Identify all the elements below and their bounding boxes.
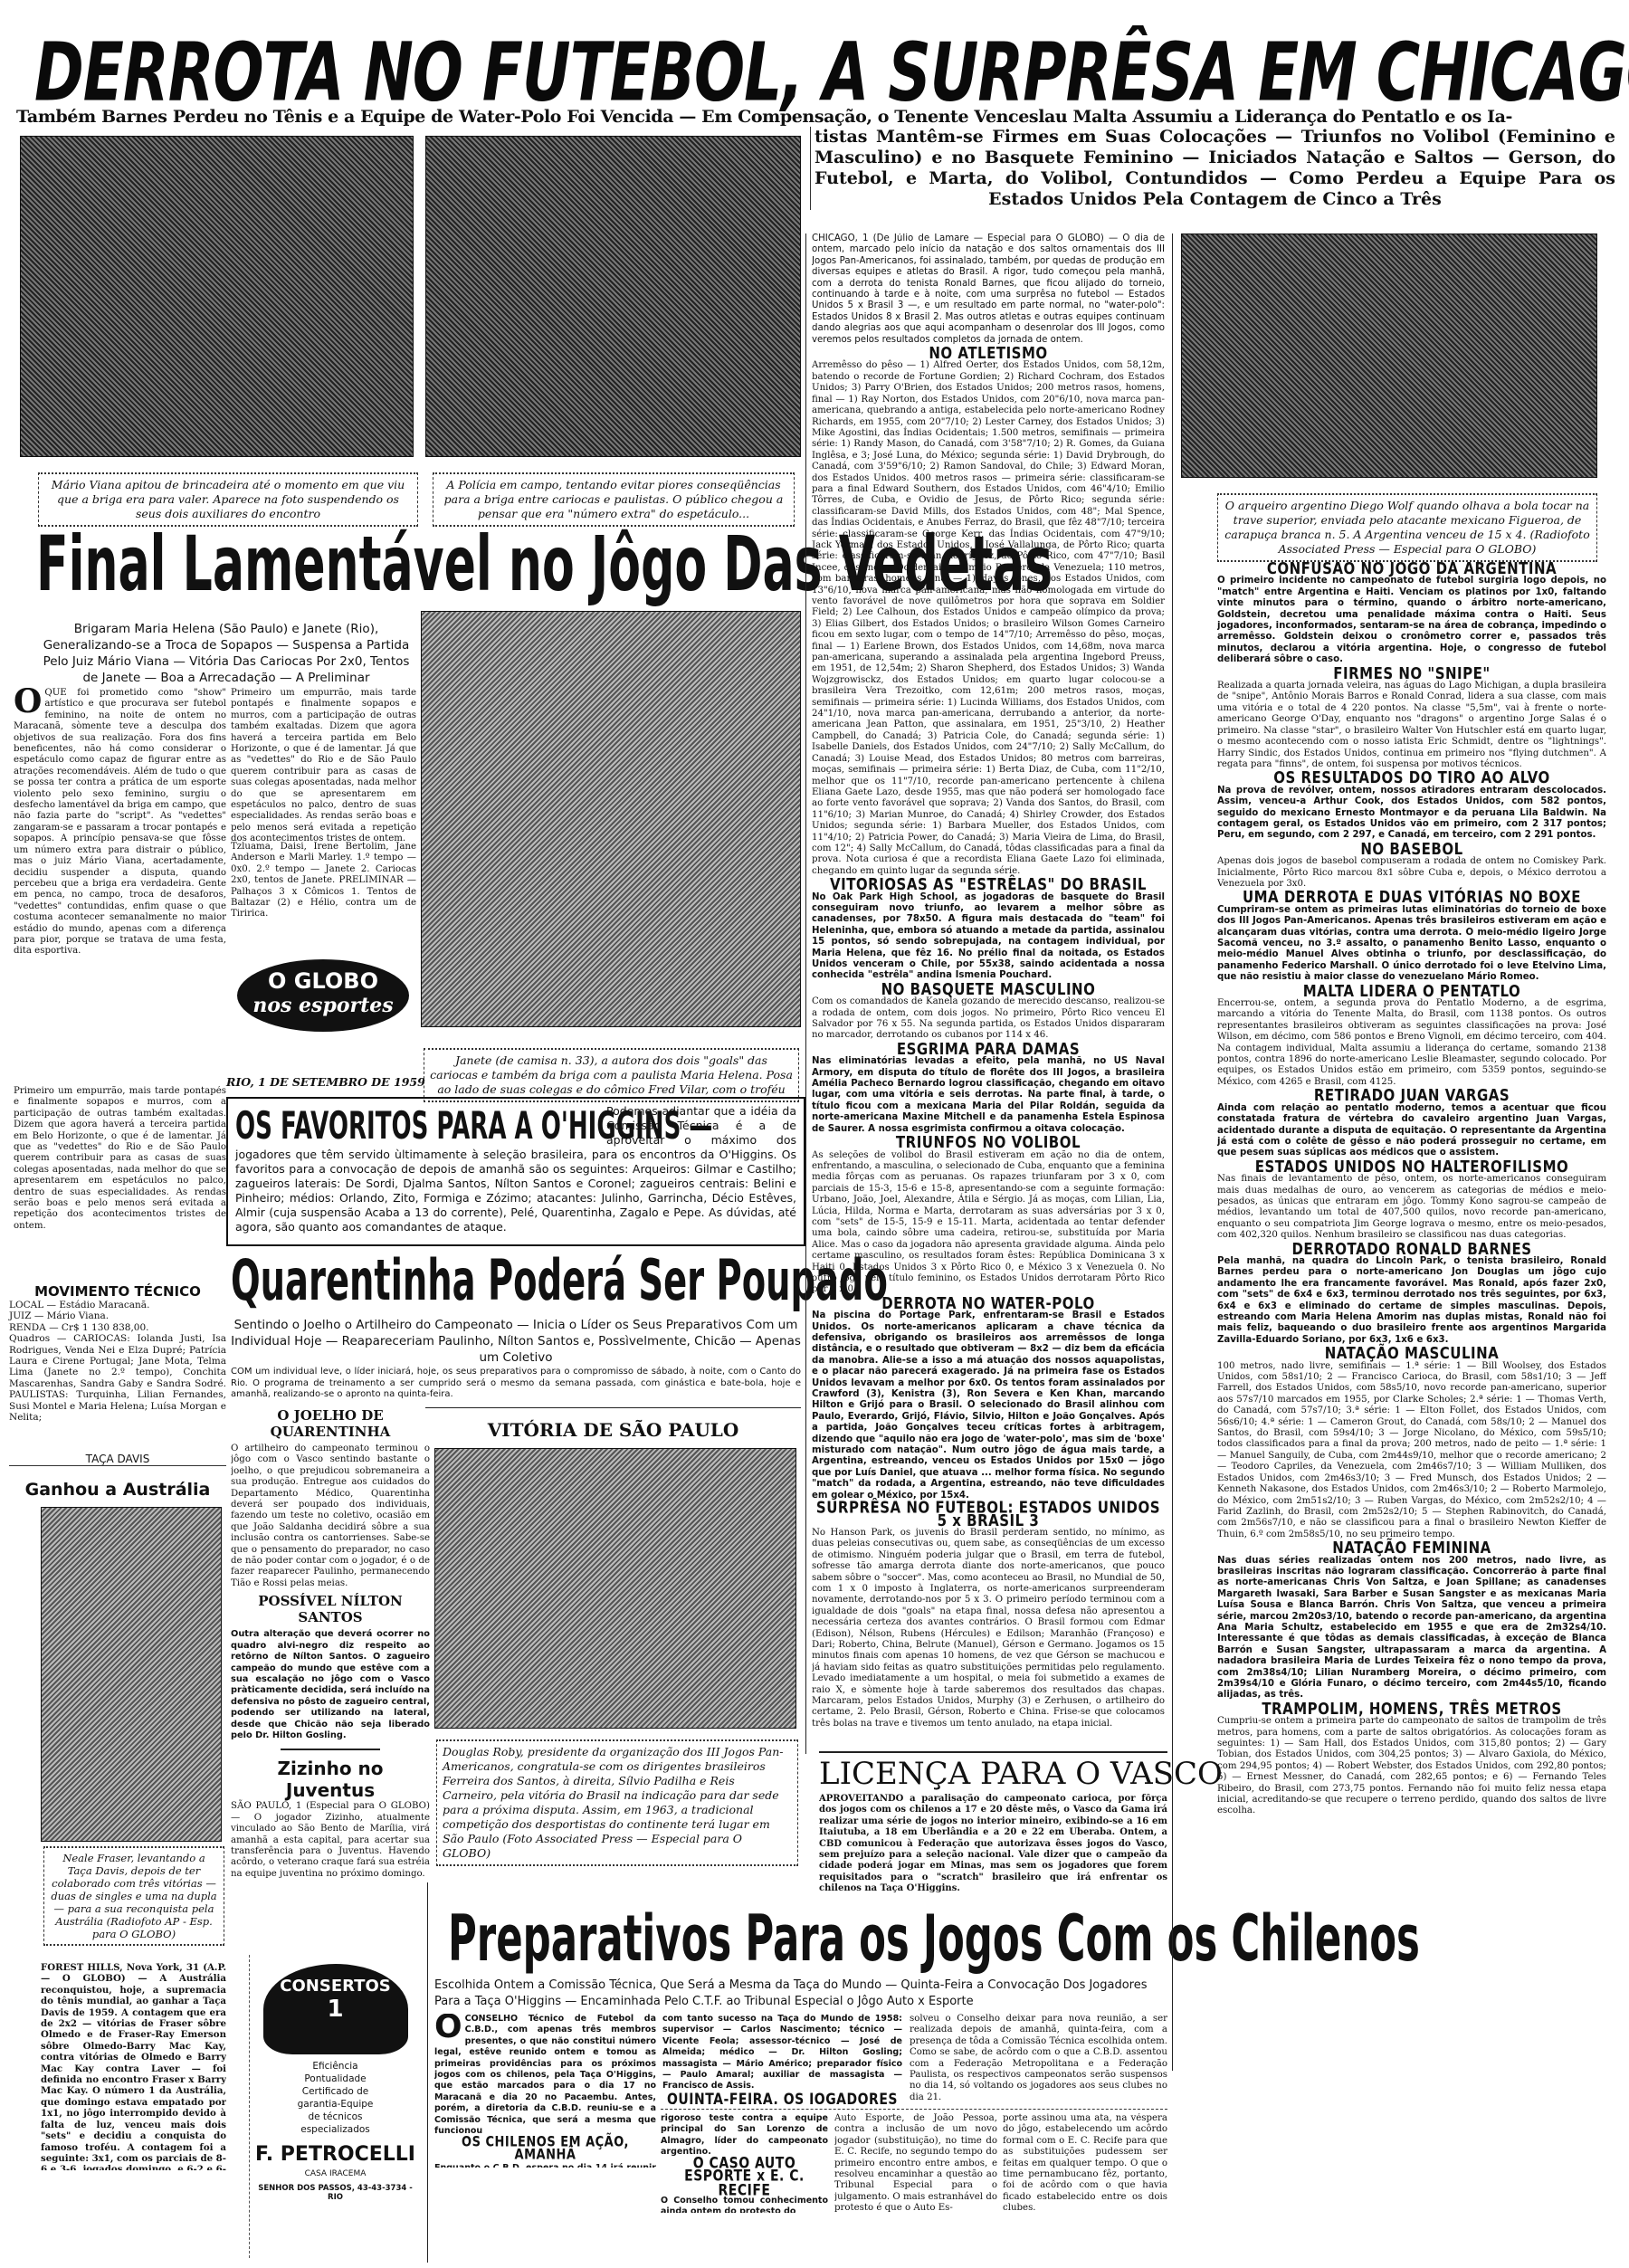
divider [1172, 233, 1173, 2071]
ad-brand: F. PETROCELLI [250, 2143, 421, 2166]
vasco-body: APROVEITANDO a paralisação do campeonato… [819, 1794, 1167, 1893]
dropcap-o: O [14, 688, 42, 715]
photo-police-field [425, 136, 801, 457]
chilenos-col2-text: com tanto sucesso na Taça do Mundo de 19… [662, 2014, 902, 2091]
headline-deck-continued: tistas Mantêm-se Firmes em Suas Colocaçõ… [810, 127, 1615, 210]
chilenos-bottom2: Auto Esporte, de João Pessoa, contra a i… [834, 2113, 997, 2213]
movimento-local: LOCAL — Estádio Maracanã. [9, 1300, 226, 1310]
ad-address: SENHOR DOS PASSOS, 43-43-3734 - RIO [250, 2184, 421, 2202]
section-body: No Hanson Park, os juvenis do Brasil per… [812, 1528, 1165, 1730]
quarentinha-headline: Quarentinha Poderá Ser Poupado [231, 1249, 888, 1312]
vedetas-body-text: QUE foi prometido como "show" artístico … [14, 688, 226, 956]
quarentinha-subhead: Sentindo o Joelho o Artilheiro do Campeo… [231, 1317, 801, 1366]
vedetas-subhead: Brigaram Maria Helena (São Paulo) e Jane… [36, 621, 416, 686]
section-title: SURPRÊSA NO FUTEBOL: ESTADOS UNIDOS 5 x … [812, 1501, 1165, 1529]
section-title: VITORIOSAS AS "ESTRÊLAS" DO BRASIL [812, 878, 1165, 891]
chilenos-bottom1: rigoroso teste contra a equipe principal… [661, 2113, 828, 2213]
section-title: NO BASEBOL [1217, 843, 1606, 856]
logo-text-bottom: nos esportes [237, 994, 409, 1017]
section-quinta-feira: QUINTA-FEIRA, OS JOGADORES [662, 2093, 902, 2104]
section-body: As seleções de volibol do Brasil estiver… [812, 1150, 1165, 1296]
divider [281, 1749, 380, 1750]
vedetas-body-cont2: Primeiro um empurrão, mais tarde pontapé… [14, 1086, 226, 1281]
section-title: ESGRIMA PARA DAMAS [812, 1043, 1165, 1056]
movimento-quadros: Quadros — CARIOCAS: Iolanda Justi, Isa R… [9, 1333, 226, 1423]
caption-mario-viana: Mário Viana apitou de brincadeira até o … [38, 472, 418, 527]
movimento-renda: RENDA — Cr$ 1 130 838,00. [9, 1322, 226, 1333]
section-title: UMA DERROTA E DUAS VITÓRIAS NO BOXE [1217, 891, 1606, 904]
dropcap-o: O [434, 2014, 462, 2041]
section-body: Na piscina do Portage Park, enfrentaram-… [812, 1310, 1165, 1501]
ad-lines: Eficiência Pontualidade Certificado de g… [250, 2060, 421, 2136]
vasco-headline: LICENÇA PARA O VASCO [819, 1756, 1223, 1792]
ad-line: garantia-Equipe [250, 2098, 421, 2111]
section-joelho-title: O JOELHO DE QUARENTINHA [231, 1407, 430, 1440]
ad-line: Eficiência [250, 2060, 421, 2073]
divider [819, 1751, 1167, 1753]
chilenos-bottom3: porte assinou uma ata, na véspera do jôg… [1003, 2113, 1167, 2213]
headline-deck-line1: Também Barnes Perdeu no Tênis e a Equipe… [16, 107, 1618, 127]
section-title: MALTA LIDERA O PENTATLO [1217, 984, 1606, 997]
section-title: NATAÇÃO MASCULINA [1217, 1347, 1606, 1360]
vedetas-body-cont-text: Primeiro um empurrão, mais tarde pontapé… [14, 1086, 226, 1231]
section-body: Nas duas séries realizadas ontem nos 200… [1217, 1556, 1606, 1701]
section-body: Arremêsso do pêso — 1) Alfred Oerter, do… [812, 360, 1165, 877]
chicago-lead: CHICAGO, 1 (De Júlio de Lamare — Especia… [812, 233, 1165, 346]
photo-douglas-roby [434, 1448, 796, 1729]
chilenos-col1-text: CONSELHO Técnico de Futebol da C.B.D., c… [434, 2014, 656, 2136]
chilenos-col3: solveu o Conselho deixar para nova reuni… [910, 2014, 1167, 2104]
photo-janete-team [421, 611, 801, 1027]
chilenos-col2: com tanto sucesso na Taça do Mundo de 19… [662, 2014, 902, 2104]
chilenos-subhead: Escolhida Ontem a Comissão Técnica, Que … [434, 1977, 1176, 2010]
section-chilenos-acao: OS CHILENOS EM AÇÃO, AMANHÃ [434, 2137, 656, 2164]
movimento-tecnico: MOVIMENTO TÉCNICO LOCAL — Estádio Maraca… [9, 1283, 226, 1423]
section-title: DERROTA NO WATER-POLO [812, 1297, 1165, 1310]
ad-petrocelli: CONSERTOS1 Eficiência Pontualidade Certi… [249, 1955, 421, 2258]
favoritos-headline: OS FAVORITOS PARA A O'HIGGINS — [235, 1104, 561, 1148]
davis-headline: Ganhou a Austrália [9, 1480, 226, 1500]
section-body: Nas finais de levantamento de pêso, onte… [1217, 1174, 1606, 1241]
movimento-title: MOVIMENTO TÉCNICO [9, 1283, 226, 1300]
section-title: TRAMPOLIM, HOMENS, TRÊS METROS [1217, 1702, 1606, 1716]
ad-sub: CASA IRACEMA [250, 2169, 421, 2178]
vedetas-body: OQUE foi prometido como "show" artístico… [14, 688, 226, 1086]
section-body: Realizada a quarta jornada veleira, nas … [1217, 681, 1606, 770]
davis-body: FOREST HILLS, Nova York, 31 (A.P. — O GL… [41, 1962, 226, 2170]
clock-badge-icon: CONSERTOS1 [263, 1964, 408, 2054]
section-body: Com os comandados de Kanela gozando de m… [812, 996, 1165, 1042]
section-title: CONFUSÃO NO JÔGO DA ARGENTINA [1217, 562, 1606, 576]
ad-line: Certificado de [250, 2085, 421, 2098]
chicago-column-1: CHICAGO, 1 (De Júlio de Lamare — Especia… [812, 233, 1165, 1749]
ad-line: de técnicos [250, 2111, 421, 2123]
section-body: Cumpriu-se ontem a primeira parte do cam… [1217, 1716, 1606, 1817]
section-title: FIRMES NO "SNIPE" [1217, 666, 1606, 680]
zizinho-headline: Zizinho no Juventus [231, 1758, 430, 1801]
section-joelho-body: O artilheiro do campeonato terminou o jô… [231, 1444, 430, 1589]
section-title: ESTADOS UNIDOS NO HALTEROFILISMO [1217, 1159, 1606, 1173]
logo-text-top: O GLOBO [237, 968, 409, 994]
photo-mario-viana [20, 136, 414, 457]
quarentinha-column: O JOELHO DE QUARENTINHA O artilheiro do … [231, 1407, 430, 1887]
movimento-juiz: JUIZ — Mário Viana. [9, 1310, 226, 1321]
chilenos-bottom1-text: rigoroso teste contra a equipe principal… [661, 2113, 828, 2157]
divider [661, 2109, 1167, 2110]
chilenos-col1-sec-body: Enquanto o C.B.D. espera no dia 14 irá r… [434, 2163, 656, 2168]
section-body: 100 metros, nado livre, semifinais — 1.ª… [1217, 1361, 1606, 1541]
vedetas-lineup: Tzluama, Daisi, Irene Bertolim, Jane And… [231, 842, 416, 968]
quarentinha-lead: COM um individual leve, o líder iniciará… [231, 1367, 801, 1401]
section-auto-esporte: O CASO AUTO ESPORTE x E. C. RECIFE [661, 2157, 828, 2197]
section-body: Apenas dois jogos de basebol compuseram … [1217, 856, 1606, 890]
section-body: Encerrou-se, ontem, a segunda prova do P… [1217, 998, 1606, 1088]
ad-badge: CONSERTOS [280, 1977, 390, 1996]
section-title: TRIUNFOS NO VOLIBOL [812, 1136, 1165, 1149]
zizinho-body: SÃO PAULO, 1 (Especial para O GLOBO) — O… [231, 1801, 430, 1880]
section-title: NO ATLETISMO [812, 347, 1165, 360]
section-nilton-body: Outra alteração que deverá ocorrer no qu… [231, 1629, 430, 1741]
ad-line: Pontualidade [250, 2073, 421, 2085]
favoritos-box: OS FAVORITOS PARA A O'HIGGINS — Podemos … [226, 1097, 805, 1246]
section-body: No Oak Park High School, as jogadoras de… [812, 892, 1165, 982]
section-title: NO BASQUETE MASCULINO [812, 983, 1165, 996]
caption-diego-wolf: O arqueiro argentino Diego Wolf quando o… [1217, 493, 1597, 562]
photo-diego-wolf [1181, 233, 1597, 478]
o-globo-nos-esportes-logo: O GLOBO nos esportes [237, 959, 409, 1032]
caption-douglas-roby: Douglas Roby, presidente da organização … [436, 1739, 798, 1866]
caption-neale-fraser: Neale Fraser, levantando a Taça Davis, d… [43, 1846, 224, 1946]
caption-police: A Polícia em campo, tentando evitar pior… [433, 472, 795, 527]
section-title: OS RESULTADOS DO TIRO AO ALVO [1217, 771, 1606, 785]
divider [427, 1882, 428, 2263]
divider [425, 1407, 801, 1409]
section-body: Cumpriram-se ontem as primeiras lutas el… [1217, 905, 1606, 984]
taca-davis-kicker: TAÇA DAVIS [9, 1453, 226, 1466]
vedetas-body-cont: Primeiro um empurrão, mais tarde pontapé… [231, 688, 416, 843]
photo-neale-fraser [41, 1507, 222, 1842]
section-title: DERROTADO RONALD BARNES [1217, 1242, 1606, 1255]
section-body: Na prova de revólver, ontem, nossos atir… [1217, 786, 1606, 842]
section-nilton-title: POSSÍVEL NÍLTON SANTOS [231, 1593, 430, 1625]
section-title: RETIRADO JUAN VARGAS [1217, 1089, 1606, 1102]
dateline: RIO, 1 DE SETEMBRO DE 1959 [226, 1075, 425, 1089]
vitoria-sao-paulo-headline: VITÓRIA DE SÃO PAULO [425, 1419, 801, 1441]
section-body: Ainda com relação ao pentatlo moderno, t… [1217, 1103, 1606, 1159]
divider [805, 233, 806, 1754]
chilenos-col1: OCONSELHO Técnico de Futebol da C.B.D., … [434, 2014, 656, 2168]
caption-janete: Janete (de camisa n. 33), a autora dos d… [424, 1048, 799, 1102]
ad-line: especializados [250, 2123, 421, 2136]
section-body: O primeiro incidente no campeonato de fu… [1217, 576, 1606, 665]
section-title: NATAÇÃO FEMININA [1217, 1541, 1606, 1555]
section-body: Nas eliminatórias levadas a efeito, pela… [812, 1056, 1165, 1135]
chicago-column-2: CONFUSÃO NO JÔGO DA ARGENTINA O primeiro… [1217, 561, 1606, 2073]
section-body: Pela manhã, na quadra do Lincoln Park, o… [1217, 1256, 1606, 1346]
